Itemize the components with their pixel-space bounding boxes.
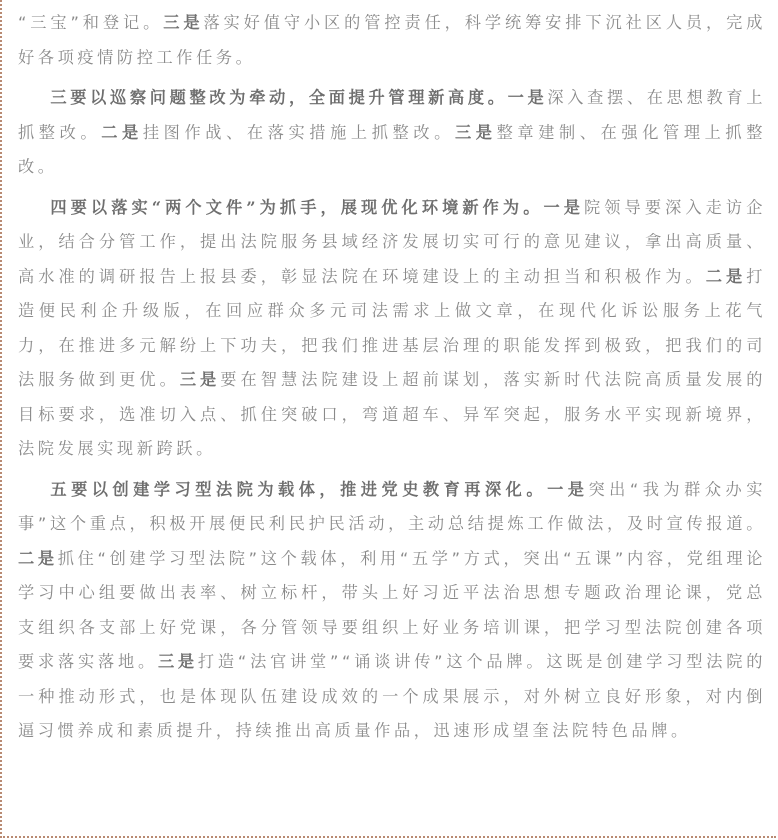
paragraph-five: 五要以创建学习型法院为载体，推进党史教育再深化。一是突出“我为群众办实事”这个重… [18, 473, 766, 749]
list-marker-one: 一是 [543, 198, 584, 217]
list-marker-two: 二是 [101, 123, 143, 142]
text-segment: “三宝”和登记。 [18, 13, 163, 32]
document-body: “三宝”和登记。三是落实好值守小区的管控责任，科学统筹安排下沉社区人员，完成好各… [18, 6, 766, 749]
list-marker-three: 三是 [455, 123, 497, 142]
list-marker-one: 一是 [547, 480, 588, 499]
paragraph-heading: 三要以巡察问题整改为牵动，全面提升管理新高度。 [50, 88, 507, 107]
list-marker-three: 三是 [163, 13, 203, 32]
list-marker-one: 一是 [508, 88, 548, 107]
text-segment: 挂图作战、在落实措施上抓整改。 [143, 123, 455, 142]
paragraph-continuation: “三宝”和登记。三是落实好值守小区的管控责任，科学统筹安排下沉社区人员，完成好各… [18, 6, 766, 75]
list-marker-two: 二是 [706, 267, 746, 286]
paragraph-heading: 四要以落实“两个文件”为抓手，展现优化环境新作为。 [50, 198, 543, 217]
paragraph-three: 三要以巡察问题整改为牵动，全面提升管理新高度。一是深入查摆、在思想教育上抓整改。… [18, 81, 766, 185]
list-marker-three: 三是 [158, 652, 198, 671]
list-marker-three: 三是 [180, 370, 220, 389]
list-marker-two: 二是 [18, 549, 58, 568]
paragraph-heading: 五要以创建学习型法院为载体，推进党史教育再深化。 [50, 480, 547, 499]
paragraph-four: 四要以落实“两个文件”为抓手，展现优化环境新作为。一是院领导要深入走访企业，结合… [18, 191, 766, 467]
document-page: “三宝”和登记。三是落实好值守小区的管控责任，科学统筹安排下沉社区人员，完成好各… [0, 0, 776, 838]
